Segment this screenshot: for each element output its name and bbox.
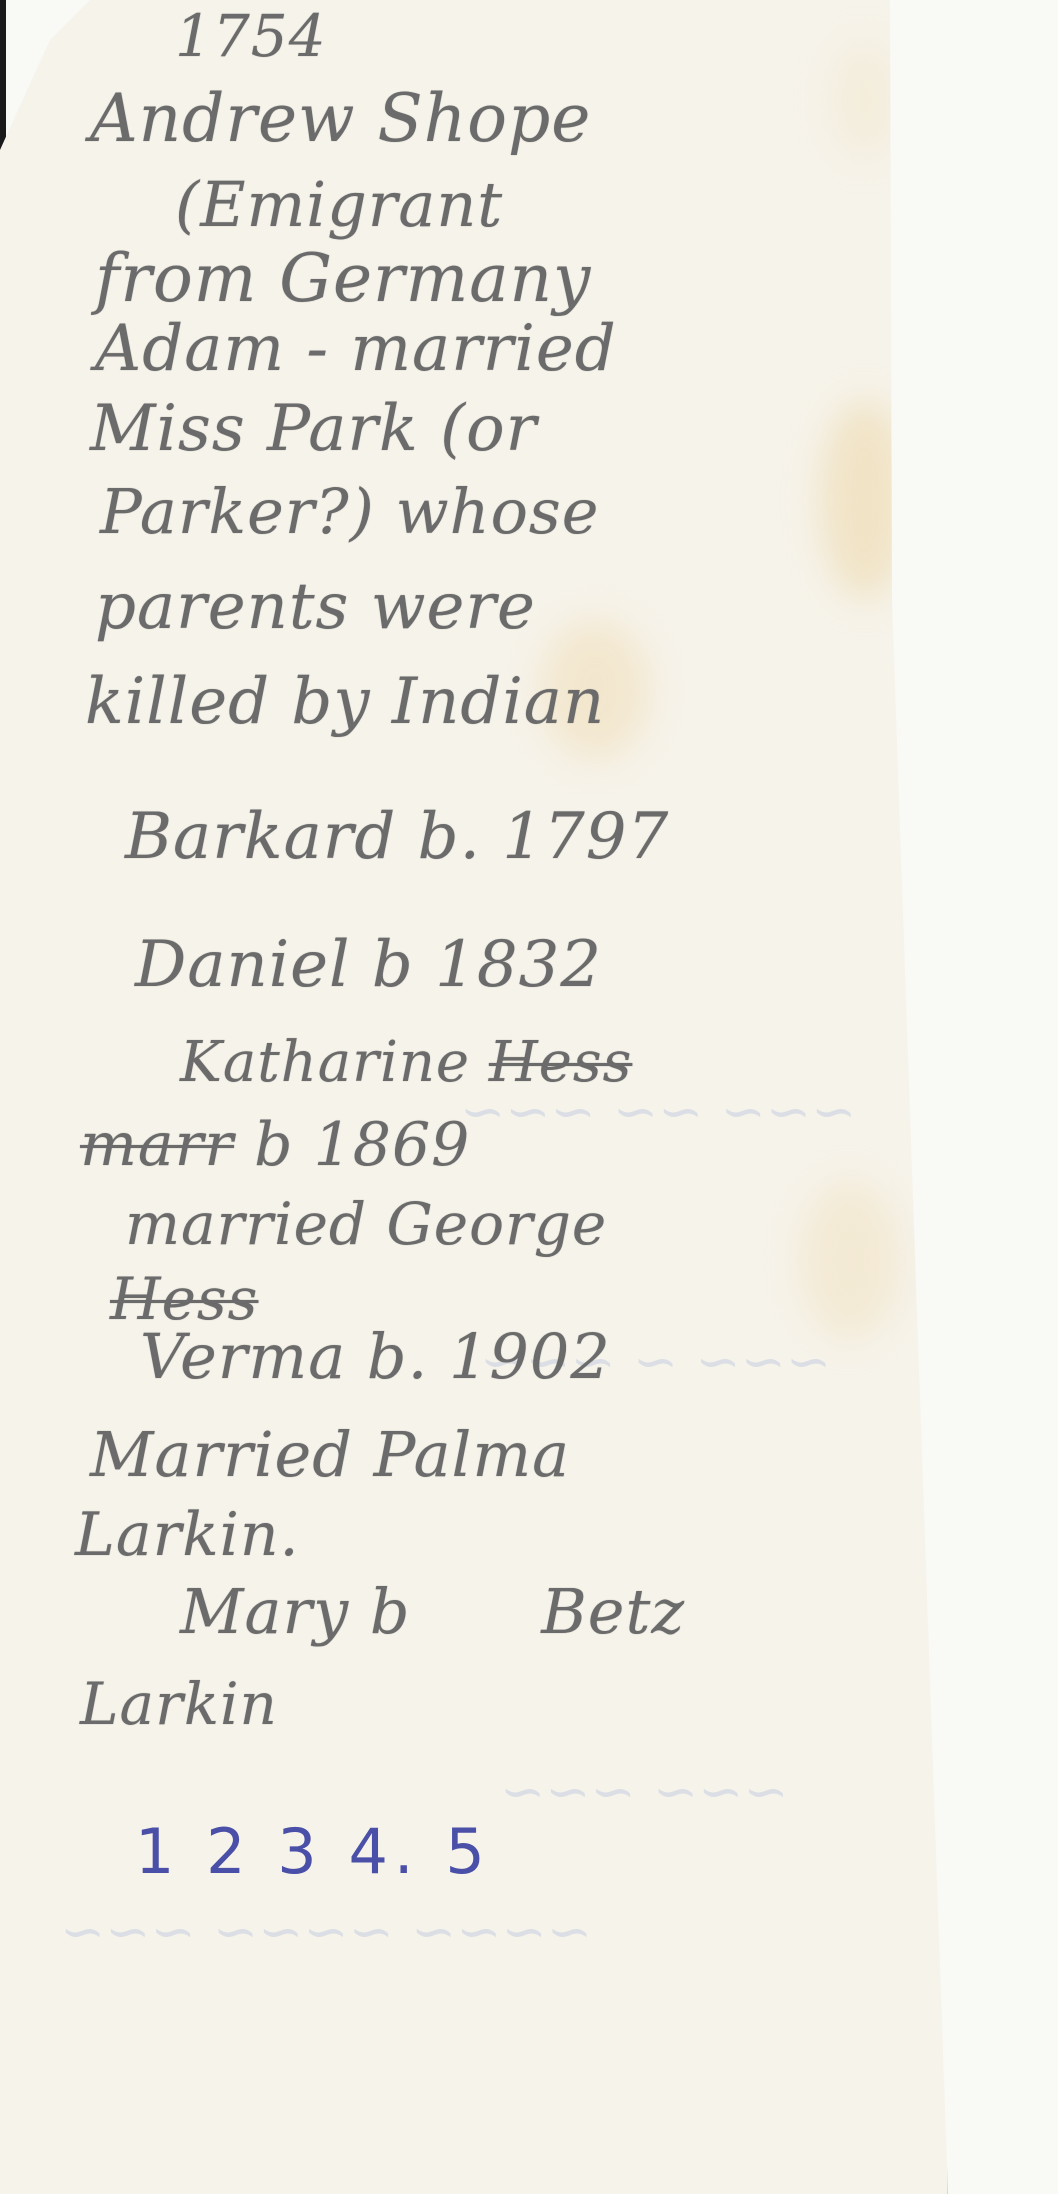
bleed-through-text: ~~~~ ~~~~ ~~~ [60,1900,592,1963]
handwritten-line: Daniel b 1832 [135,928,602,1002]
struck-text: marr [80,1110,234,1180]
water-stain [800,1180,900,1340]
paper-slip: ~~~ ~~ ~~~ ~~~ ~ ~~~ ~~~ ~~~ ~~~~ ~~~~ ~… [0,0,948,2194]
handwritten-line: (Emigrant [175,168,503,241]
handwritten-line: Andrew Shope [90,80,591,157]
blue-ink-numbers: 1 2 3 4. 5 [135,1815,491,1888]
handwritten-line: Married Palma [90,1418,570,1491]
birth-text: b 1869 [254,1110,470,1180]
handwritten-line: Mary b Betz [180,1575,685,1648]
handwritten-line: killed by Indian [85,665,605,739]
bleed-through-text: ~~~ ~~~ [500,1760,789,1823]
handwritten-line: from Germany [95,240,591,317]
handwritten-line: Larkin [80,1670,278,1738]
handwritten-line: Katharine Hess [180,1030,632,1095]
handwritten-line: Miss Park (or [90,392,537,466]
name-text: Katharine [180,1030,470,1095]
handwritten-line: Parker?) whose [100,475,599,548]
handwritten-line: married George [125,1190,607,1258]
handwritten-line: marr b 1869 [80,1110,470,1180]
year-heading: 1754 [175,2,327,70]
handwritten-line: Larkin. [75,1500,300,1570]
water-stain [830,40,900,160]
handwritten-line: Barkard b. 1797 [125,800,669,874]
struck-text: Hess [489,1030,632,1095]
scan-edge-shadow [0,0,6,150]
name-text: Mary b [180,1575,411,1648]
handwritten-line: parents were [95,570,536,644]
handwritten-line: Verma b. 1902 [140,1320,611,1393]
surname-text: Betz [541,1575,685,1648]
handwritten-line: Adam - married [95,312,617,386]
